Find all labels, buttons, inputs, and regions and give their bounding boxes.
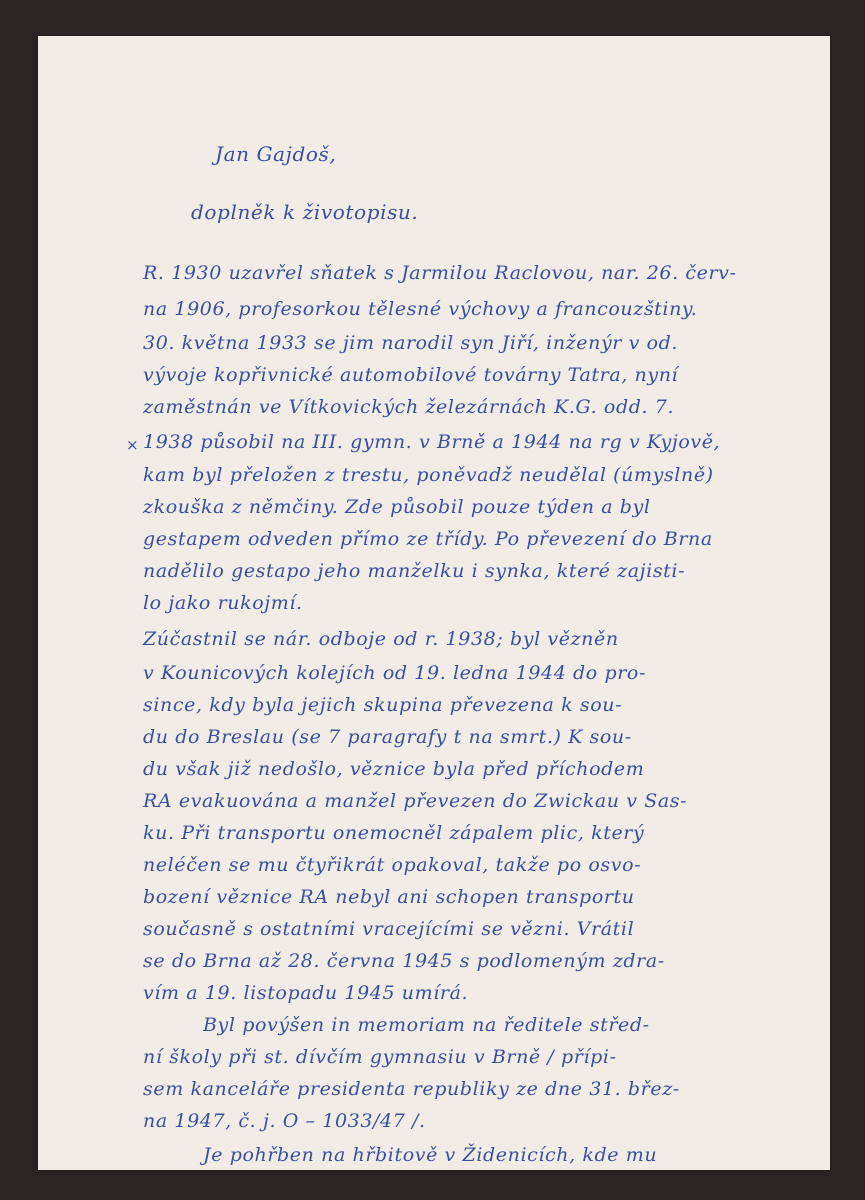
text-line: na 1906, profesorkou tělesné výchovy a f… xyxy=(143,300,697,319)
text-line: Zúčastnil se nár. odboje od r. 1938; byl… xyxy=(143,630,619,649)
text-line: 30. května 1933 se jim narodil syn Jiří,… xyxy=(143,334,678,353)
text-line: 1938 působil na III. gymn. v Brně a 1944… xyxy=(143,433,720,452)
text-line: Je pohřben na hřbitově v Židenicích, kde… xyxy=(203,1146,657,1165)
text-line: R. 1930 uzavřel sňatek s Jarmilou Raclov… xyxy=(143,264,737,283)
text-line: bození věznice RA nebyl ani schopen tran… xyxy=(143,888,635,907)
text-line: zkouška z němčiny. Zde působil pouze týd… xyxy=(143,498,651,517)
letter-author-name: Jan Gajdoš, xyxy=(215,144,336,164)
text-line: vím a 19. listopadu 1945 umírá. xyxy=(143,984,468,1003)
text-line: RA evakuována a manžel převezen do Zwick… xyxy=(143,792,687,811)
text-line: gestapem odveden přímo ze třídy. Po přev… xyxy=(143,530,713,549)
text-line: ku. Při transportu onemocněl zápalem pli… xyxy=(143,824,644,843)
text-line: du však již nedošlo, věznice byla před p… xyxy=(143,760,644,779)
text-line: kam byl přeložen z trestu, poněvadž neud… xyxy=(143,466,714,485)
text-line: Byl povýšen in memoriam na ředitele stře… xyxy=(203,1016,650,1035)
text-line: zaměstnán ve Vítkovických železárnách K.… xyxy=(143,398,674,417)
text-line: v Kounicových kolejích od 19. ledna 1944… xyxy=(143,664,646,683)
text-line: lo jako rukojmí. xyxy=(143,594,303,613)
letter-page: Jan Gajdoš, doplněk k životopisu. R. 193… xyxy=(38,36,830,1170)
text-line: since, kdy byla jejich skupina převezena… xyxy=(143,696,622,715)
text-line: neléčen se mu čtyřikrát opakoval, takže … xyxy=(143,856,641,875)
letter-subtitle: doplněk k životopisu. xyxy=(191,202,418,222)
margin-cross-marker: × xyxy=(126,436,139,454)
text-line: vývoje kopřivnické automobilové továrny … xyxy=(143,366,678,385)
text-line: du do Breslau (se 7 paragrafy t na smrt.… xyxy=(143,728,632,747)
text-line: ní školy při st. dívčím gymnasiu v Brně … xyxy=(143,1048,617,1067)
text-line: nadělilo gestapo jeho manželku i synka, … xyxy=(143,562,685,581)
text-line: na 1947, č. j. O – 1033/47 /. xyxy=(143,1112,426,1131)
text-line: sem kanceláře presidenta republiky ze dn… xyxy=(143,1080,680,1099)
text-line: současně s ostatními vracejícími se vězn… xyxy=(143,920,634,939)
text-line: se do Brna až 28. června 1945 s podlomen… xyxy=(143,952,665,971)
